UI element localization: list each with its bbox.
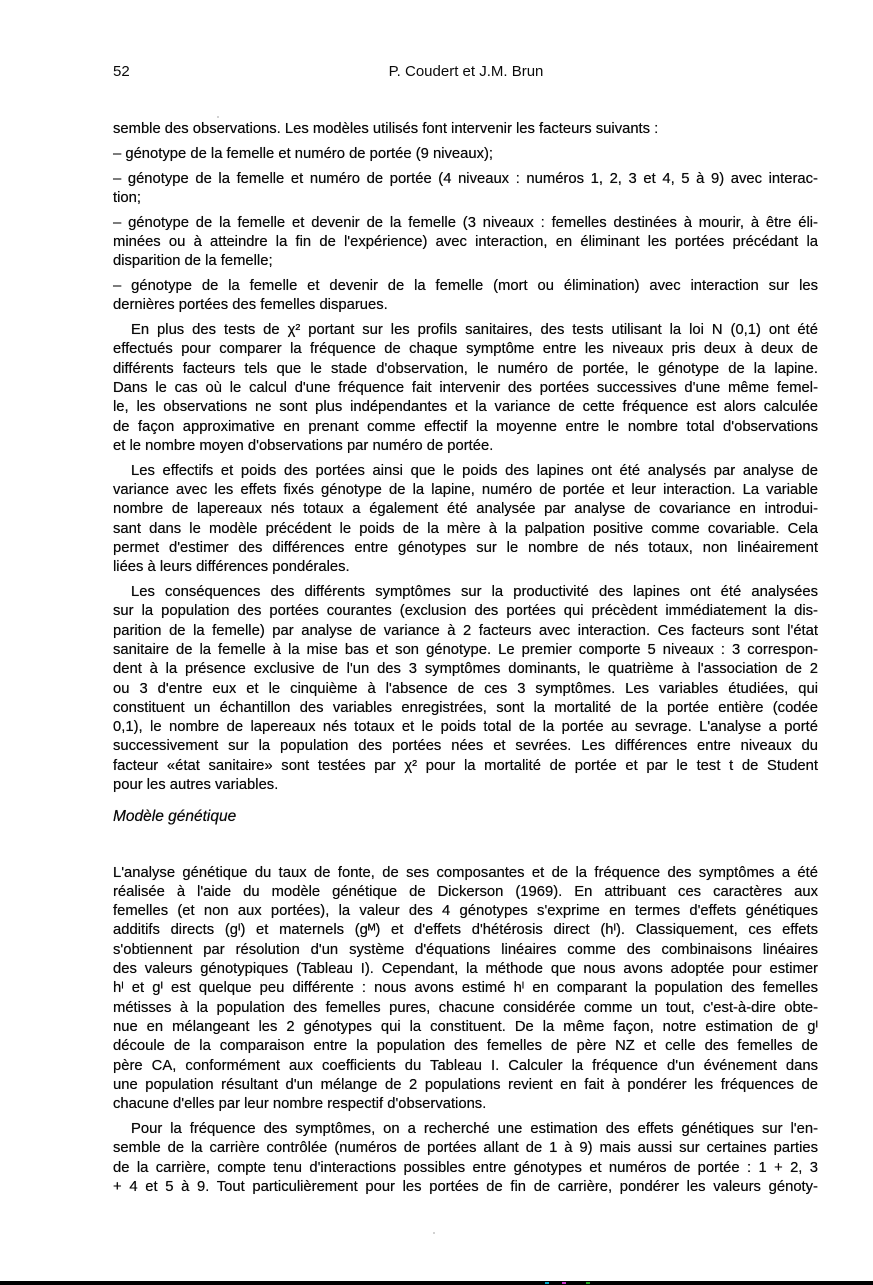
text-line: semble de la carrière contrôlée (numéros…: [113, 1139, 818, 1158]
paragraph-modele-genetique-1: L'analyse génétique du taux de fonte, de…: [113, 864, 818, 1115]
text-line: effectués pour comparer la fréquence de …: [113, 340, 818, 359]
text-line: disparition de la femelle;: [113, 252, 818, 271]
text-line: 0,1), le nombre de lapereaux nés totaux …: [113, 718, 818, 737]
paragraph-tests-chi2: En plus des tests de χ² portant sur les …: [113, 321, 818, 456]
page-body: semble des observations. Les modèles uti…: [113, 120, 818, 1203]
text-line: des valeurs génotypiques (Tableau I). Ce…: [113, 960, 818, 979]
scan-noise: [586, 1282, 590, 1284]
text-line: le, les observations ne sont plus indépe…: [113, 398, 818, 417]
scan-speck: [217, 116, 219, 118]
text-line: hᴵ et gᴵ est quelque peu différente : no…: [113, 979, 818, 998]
text-line: parition de la femelle) par analyse de v…: [113, 622, 818, 641]
text-line: Les conséquences des différents symptôme…: [113, 583, 818, 602]
text-line: de façon approximative en prenant comme …: [113, 418, 818, 437]
text-line: ou 3 d'entre eux et le cinquième à l'abs…: [113, 680, 818, 699]
paragraph-consequences-symptomes: Les conséquences des différents symptôme…: [113, 583, 818, 795]
text-line: métisses à la population des femelles pu…: [113, 999, 818, 1018]
text-line: En plus des tests de χ² portant sur les …: [113, 321, 818, 340]
text-line: nue en mélangeant les 2 génotypes qui la…: [113, 1018, 818, 1037]
text-line: – génotype de la femelle et numéro de po…: [113, 170, 818, 189]
text-line: père CA, conformément aux coefficients d…: [113, 1057, 818, 1076]
page-header: 52 P. Coudert et J.M. Brun: [0, 63, 873, 83]
text-line: facteur «état sanitaire» sont testées pa…: [113, 757, 818, 776]
text-line: découle de la comparaison entre la popul…: [113, 1037, 818, 1056]
text-line: L'analyse génétique du taux de fonte, de…: [113, 864, 818, 883]
text-line: de la carrière, compte tenu d'interactio…: [113, 1159, 818, 1178]
scan-noise: [545, 1282, 549, 1284]
text-line: successivement sur la population des por…: [113, 737, 818, 756]
text-line: différents facteurs tels que le stade d'…: [113, 360, 818, 379]
scan-noise: [562, 1282, 566, 1284]
text-line: minées ou à atteindre la fin de l'expéri…: [113, 233, 818, 252]
text-line: + 4 et 5 à 9. Tout particulièrement pour…: [113, 1178, 818, 1197]
text-line: sant dans le modèle précédent le poids d…: [113, 520, 818, 539]
text-line: dernières portées des femelles disparues…: [113, 296, 818, 315]
scan-artifact-bar: [0, 1281, 873, 1285]
text-line: chacune d'elles par leur nombre respecti…: [113, 1095, 818, 1114]
paragraph-continuation: semble des observations. Les modèles uti…: [113, 120, 818, 139]
text-line: nombre de lapereaux nés totaux a égaleme…: [113, 500, 818, 519]
text-line: tion;: [113, 189, 818, 208]
text-line: permet d'estimer des différences entre g…: [113, 539, 818, 558]
text-line: constituent un échantillon des variables…: [113, 699, 818, 718]
dash-item-4: – génotype de la femelle et devenir de l…: [113, 277, 818, 316]
text-line: – génotype de la femelle et numéro de po…: [113, 145, 818, 164]
scan-speck: [433, 1232, 435, 1234]
text-line: sur la population des portées courantes …: [113, 602, 818, 621]
text-line: Les effectifs et poids des portées ainsi…: [113, 462, 818, 481]
paragraph-frequence-symptomes: Pour la fréquence des symptômes, on a re…: [113, 1120, 818, 1197]
text-line: – génotype de la femelle et devenir de l…: [113, 214, 818, 233]
text-line: semble des observations. Les modèles uti…: [113, 120, 818, 139]
text-line: additifs directs (gᴵ) et maternels (gᴹ) …: [113, 921, 818, 940]
text-line: sanitaire de la femelle à la mise bas et…: [113, 641, 818, 660]
running-title: P. Coudert et J.M. Brun: [389, 63, 544, 80]
dash-item-1: – génotype de la femelle et numéro de po…: [113, 145, 818, 164]
dash-item-3: – génotype de la femelle et devenir de l…: [113, 214, 818, 272]
paragraph-analyse-variance: Les effectifs et poids des portées ainsi…: [113, 462, 818, 578]
dash-item-2: – génotype de la femelle et numéro de po…: [113, 170, 818, 209]
text-line: femelles (et non aux portées), la valeur…: [113, 902, 818, 921]
page-number: 52: [113, 63, 130, 80]
text-line: – génotype de la femelle et devenir de l…: [113, 277, 818, 296]
text-line: liées à leurs différences pondérales.: [113, 558, 818, 577]
text-line: Dans le cas où le calcul d'une fréquence…: [113, 379, 818, 398]
text-line: s'obtiennent par résolution d'un système…: [113, 941, 818, 960]
document-page: 52 P. Coudert et J.M. Brun semble des ob…: [0, 0, 873, 1285]
text-line: variance avec les effets fixés génotype …: [113, 481, 818, 500]
text-line: pour les autres variables.: [113, 776, 818, 795]
text-line: Pour la fréquence des symptômes, on a re…: [113, 1120, 818, 1139]
text-line: et le nombre moyen d'observations par nu…: [113, 437, 818, 456]
text-line: dent à la présence exclusive de l'un des…: [113, 660, 818, 679]
section-heading-modele-genetique: Modèle génétique: [113, 807, 818, 826]
text-line: réalisée à l'aide du modèle génétique de…: [113, 883, 818, 902]
text-line: une population résultant d'un mélange de…: [113, 1076, 818, 1095]
